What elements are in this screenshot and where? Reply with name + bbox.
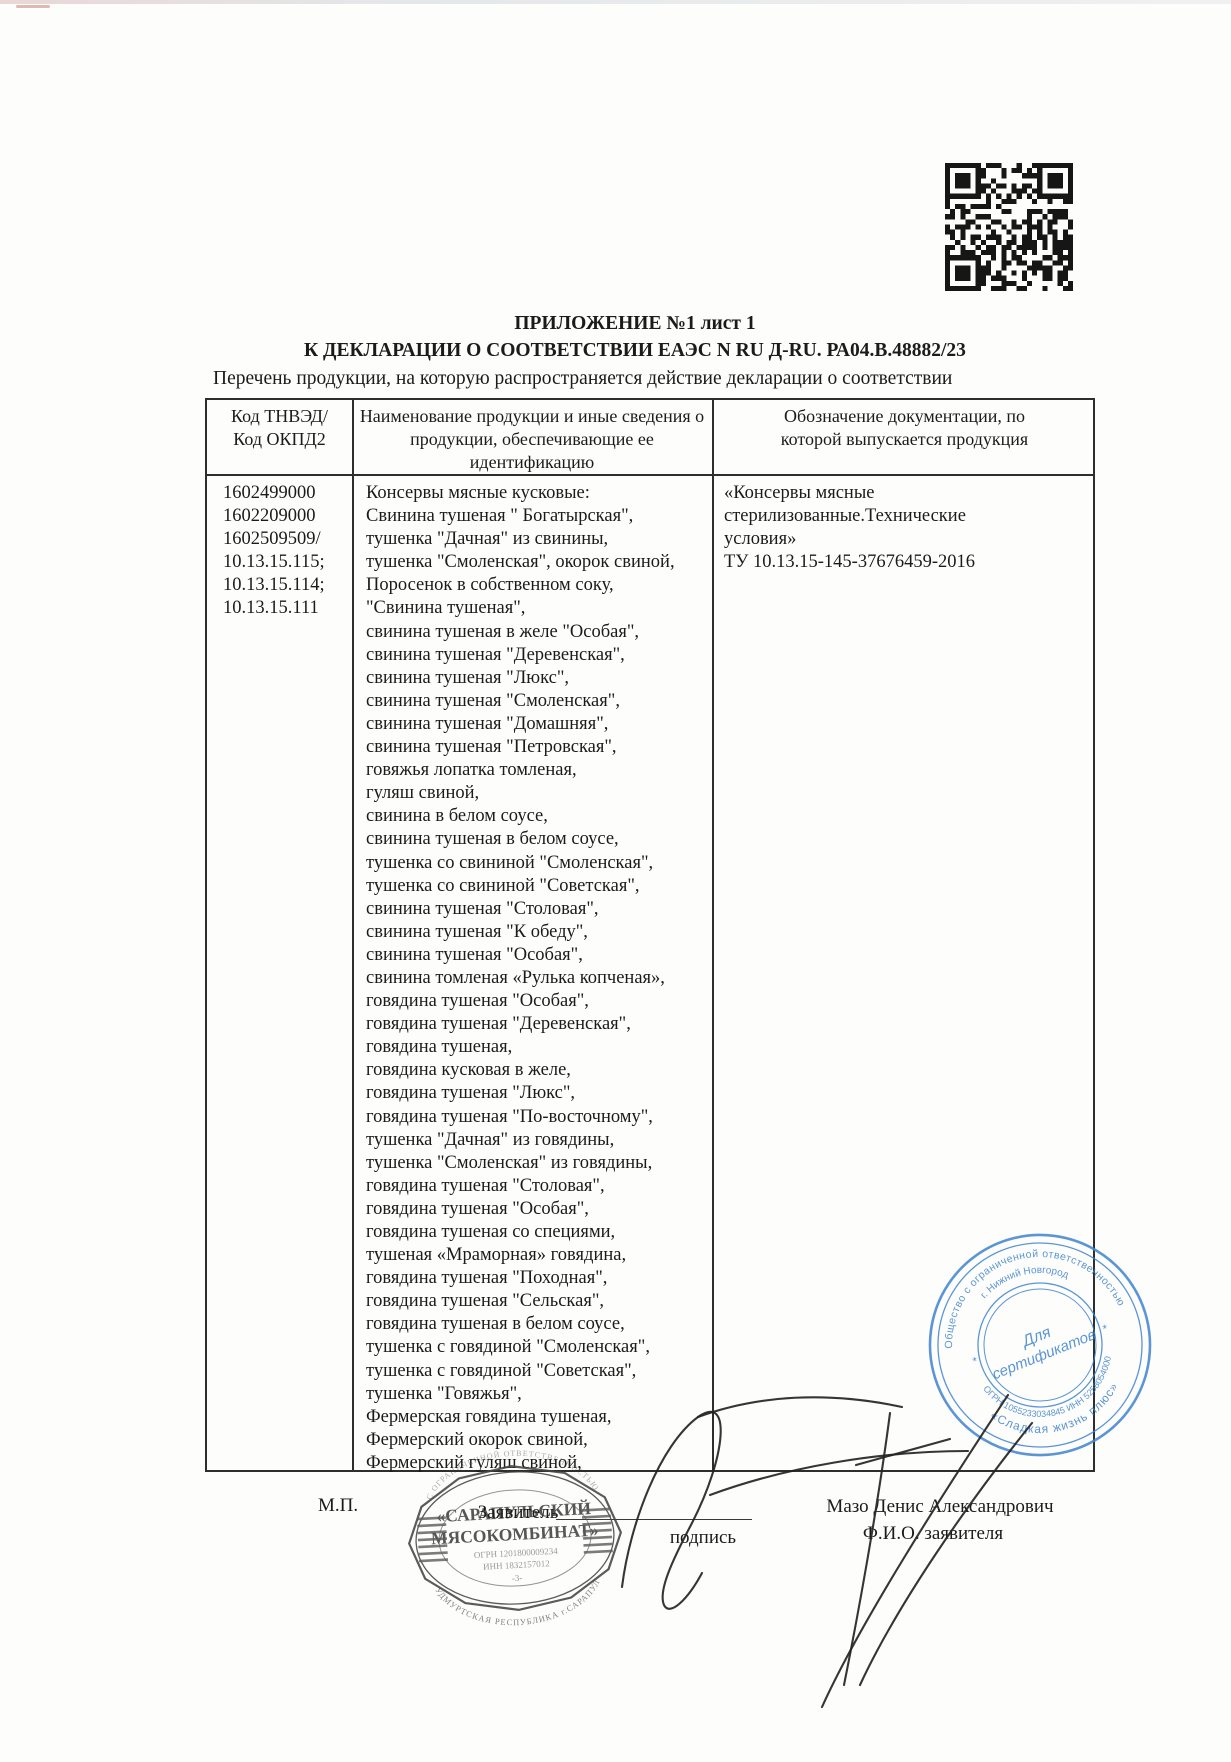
blue-stamp-star-right: * [1101, 1321, 1109, 1336]
header-line: продукции, обеспечивающие ее [352, 428, 712, 451]
scan-mark-artifact [16, 5, 50, 8]
product-line: говядина тушеная "Походная", [366, 1267, 710, 1290]
table-column-divider-1 [352, 400, 354, 1470]
product-line: Консервы мясные кусковые: [366, 482, 710, 505]
product-line: свинина тушеная в желе "Особая", [366, 621, 710, 644]
product-line: свинина тушеная "Люкс", [366, 667, 710, 690]
header-line: идентификацию [352, 451, 712, 474]
header-line: Код ОКПД2 [207, 428, 352, 451]
product-line: тушенка "Дачная" из свинины, [366, 528, 710, 551]
product-line: свинина тушеная "Домашняя", [366, 713, 710, 736]
product-line: свинина томленая «Рулька копченая», [366, 967, 710, 990]
documentation-line: условия» [724, 528, 1090, 551]
product-list: Консервы мясные кусковые:Свинина тушеная… [366, 482, 710, 1475]
product-line: свинина тушеная в белом соусе, [366, 828, 710, 851]
header-line: Обозначение документации, по [712, 405, 1097, 428]
product-line: свинина в белом соусе, [366, 805, 710, 828]
product-line: говядина тушеная "Особая", [366, 1198, 710, 1221]
code-line: 1602209000 [223, 505, 349, 528]
product-line: говядина тушеная "Столовая", [366, 1175, 710, 1198]
product-line: тушенка со свининой "Смоленская", [366, 852, 710, 875]
product-line: говядина кусковая в желе, [366, 1059, 710, 1082]
product-line: свинина тушеная "Особая", [366, 944, 710, 967]
product-line: тушенка "Дачная" из говядины, [366, 1129, 710, 1152]
product-line: свинина тушеная "Деревенская", [366, 644, 710, 667]
product-line: свинина тушеная "Смоленская", [366, 690, 710, 713]
header-line: которой выпускается продукция [712, 428, 1097, 451]
scan-edge-artifact [0, 0, 1231, 4]
product-line: тушенка со свининой "Советская", [366, 875, 710, 898]
code-line: 1602509509/ [223, 528, 349, 551]
header-line: Код ТНВЭД/ [207, 405, 352, 428]
product-line: говядина тушеная "Деревенская", [366, 1013, 710, 1036]
product-line: говядина тушеная "Сельская", [366, 1290, 710, 1313]
product-line: тушенка "Смоленская" из говядины, [366, 1152, 710, 1175]
product-line: говядина тушеная, [366, 1036, 710, 1059]
product-line: Свинина тушеная " Богатырская", [366, 505, 710, 528]
product-line: свинина тушеная "Столовая", [366, 898, 710, 921]
header-product-column: Наименование продукции и иные сведения о… [352, 405, 712, 474]
qr-code [945, 163, 1073, 291]
product-line: говядина тушеная "Особая", [366, 990, 710, 1013]
product-line: свинина тушеная "Петровская", [366, 736, 710, 759]
appendix-line: ПРИЛОЖЕНИЕ №1 лист 1 [205, 310, 1065, 337]
product-line: говядина тушеная "Люкс", [366, 1082, 710, 1105]
product-line: "Свинина тушеная", [366, 597, 710, 620]
header-code-column: Код ТНВЭД/Код ОКПД2 [207, 405, 352, 451]
documentation-line: «Консервы мясные [724, 482, 1090, 505]
stamp-place-label: М.П. [318, 1495, 358, 1517]
stamp-inn: ИНН 1832157012 [483, 1558, 550, 1571]
code-line: 10.13.15.115; [223, 551, 349, 574]
code-line: 1602499000 [223, 482, 349, 505]
list-caption: Перечень продукции, на которую распростр… [213, 368, 1073, 390]
product-line: тушеная «Мраморная» говядина, [366, 1244, 710, 1267]
stamp-hatch-left [417, 1518, 448, 1561]
header-documentation-column: Обозначение документации, покоторой выпу… [712, 405, 1097, 451]
code-line: 10.13.15.114; [223, 574, 349, 597]
documentation-line: стерилизованные.Технические [724, 505, 1090, 528]
product-line: говядина тушеная со специями, [366, 1221, 710, 1244]
product-line: тушенка "Смоленская", окорок свиной, [366, 551, 710, 574]
scanned-declaration-page: ПРИЛОЖЕНИЕ №1 лист 1 К ДЕКЛАРАЦИИ О СООТ… [0, 0, 1231, 1762]
product-line: говяжья лопатка томленая, [366, 759, 710, 782]
table-column-divider-2 [712, 400, 714, 1470]
documentation-list: «Консервы мясныестерилизованные.Техничес… [724, 482, 1090, 574]
document-title: ПРИЛОЖЕНИЕ №1 лист 1 К ДЕКЛАРАЦИИ О СООТ… [205, 310, 1065, 364]
declaration-line: К ДЕКЛАРАЦИИ О СООТВЕТСТВИИ ЕАЭС N RU Д-… [205, 337, 1065, 364]
header-line: Наименование продукции и иные сведения о [352, 405, 712, 428]
documentation-line: ТУ 10.13.15-145-37676459-2016 [724, 551, 1090, 574]
product-line: говядина тушеная в белом соусе, [366, 1313, 710, 1336]
code-line: 10.13.15.111 [223, 597, 349, 620]
product-line: гуляш свиной, [366, 782, 710, 805]
product-line: Поросенок в собственном соку, [366, 574, 710, 597]
product-line: говядина тушеная "По-восточному", [366, 1106, 710, 1129]
table-header-divider [207, 474, 1093, 476]
stamp-number: -3- [512, 1573, 523, 1584]
code-list: 160249900016022090001602509509/10.13.15.… [223, 482, 349, 621]
product-line: свинина тушеная "К обеду", [366, 921, 710, 944]
handwritten-signature [560, 1355, 1075, 1720]
